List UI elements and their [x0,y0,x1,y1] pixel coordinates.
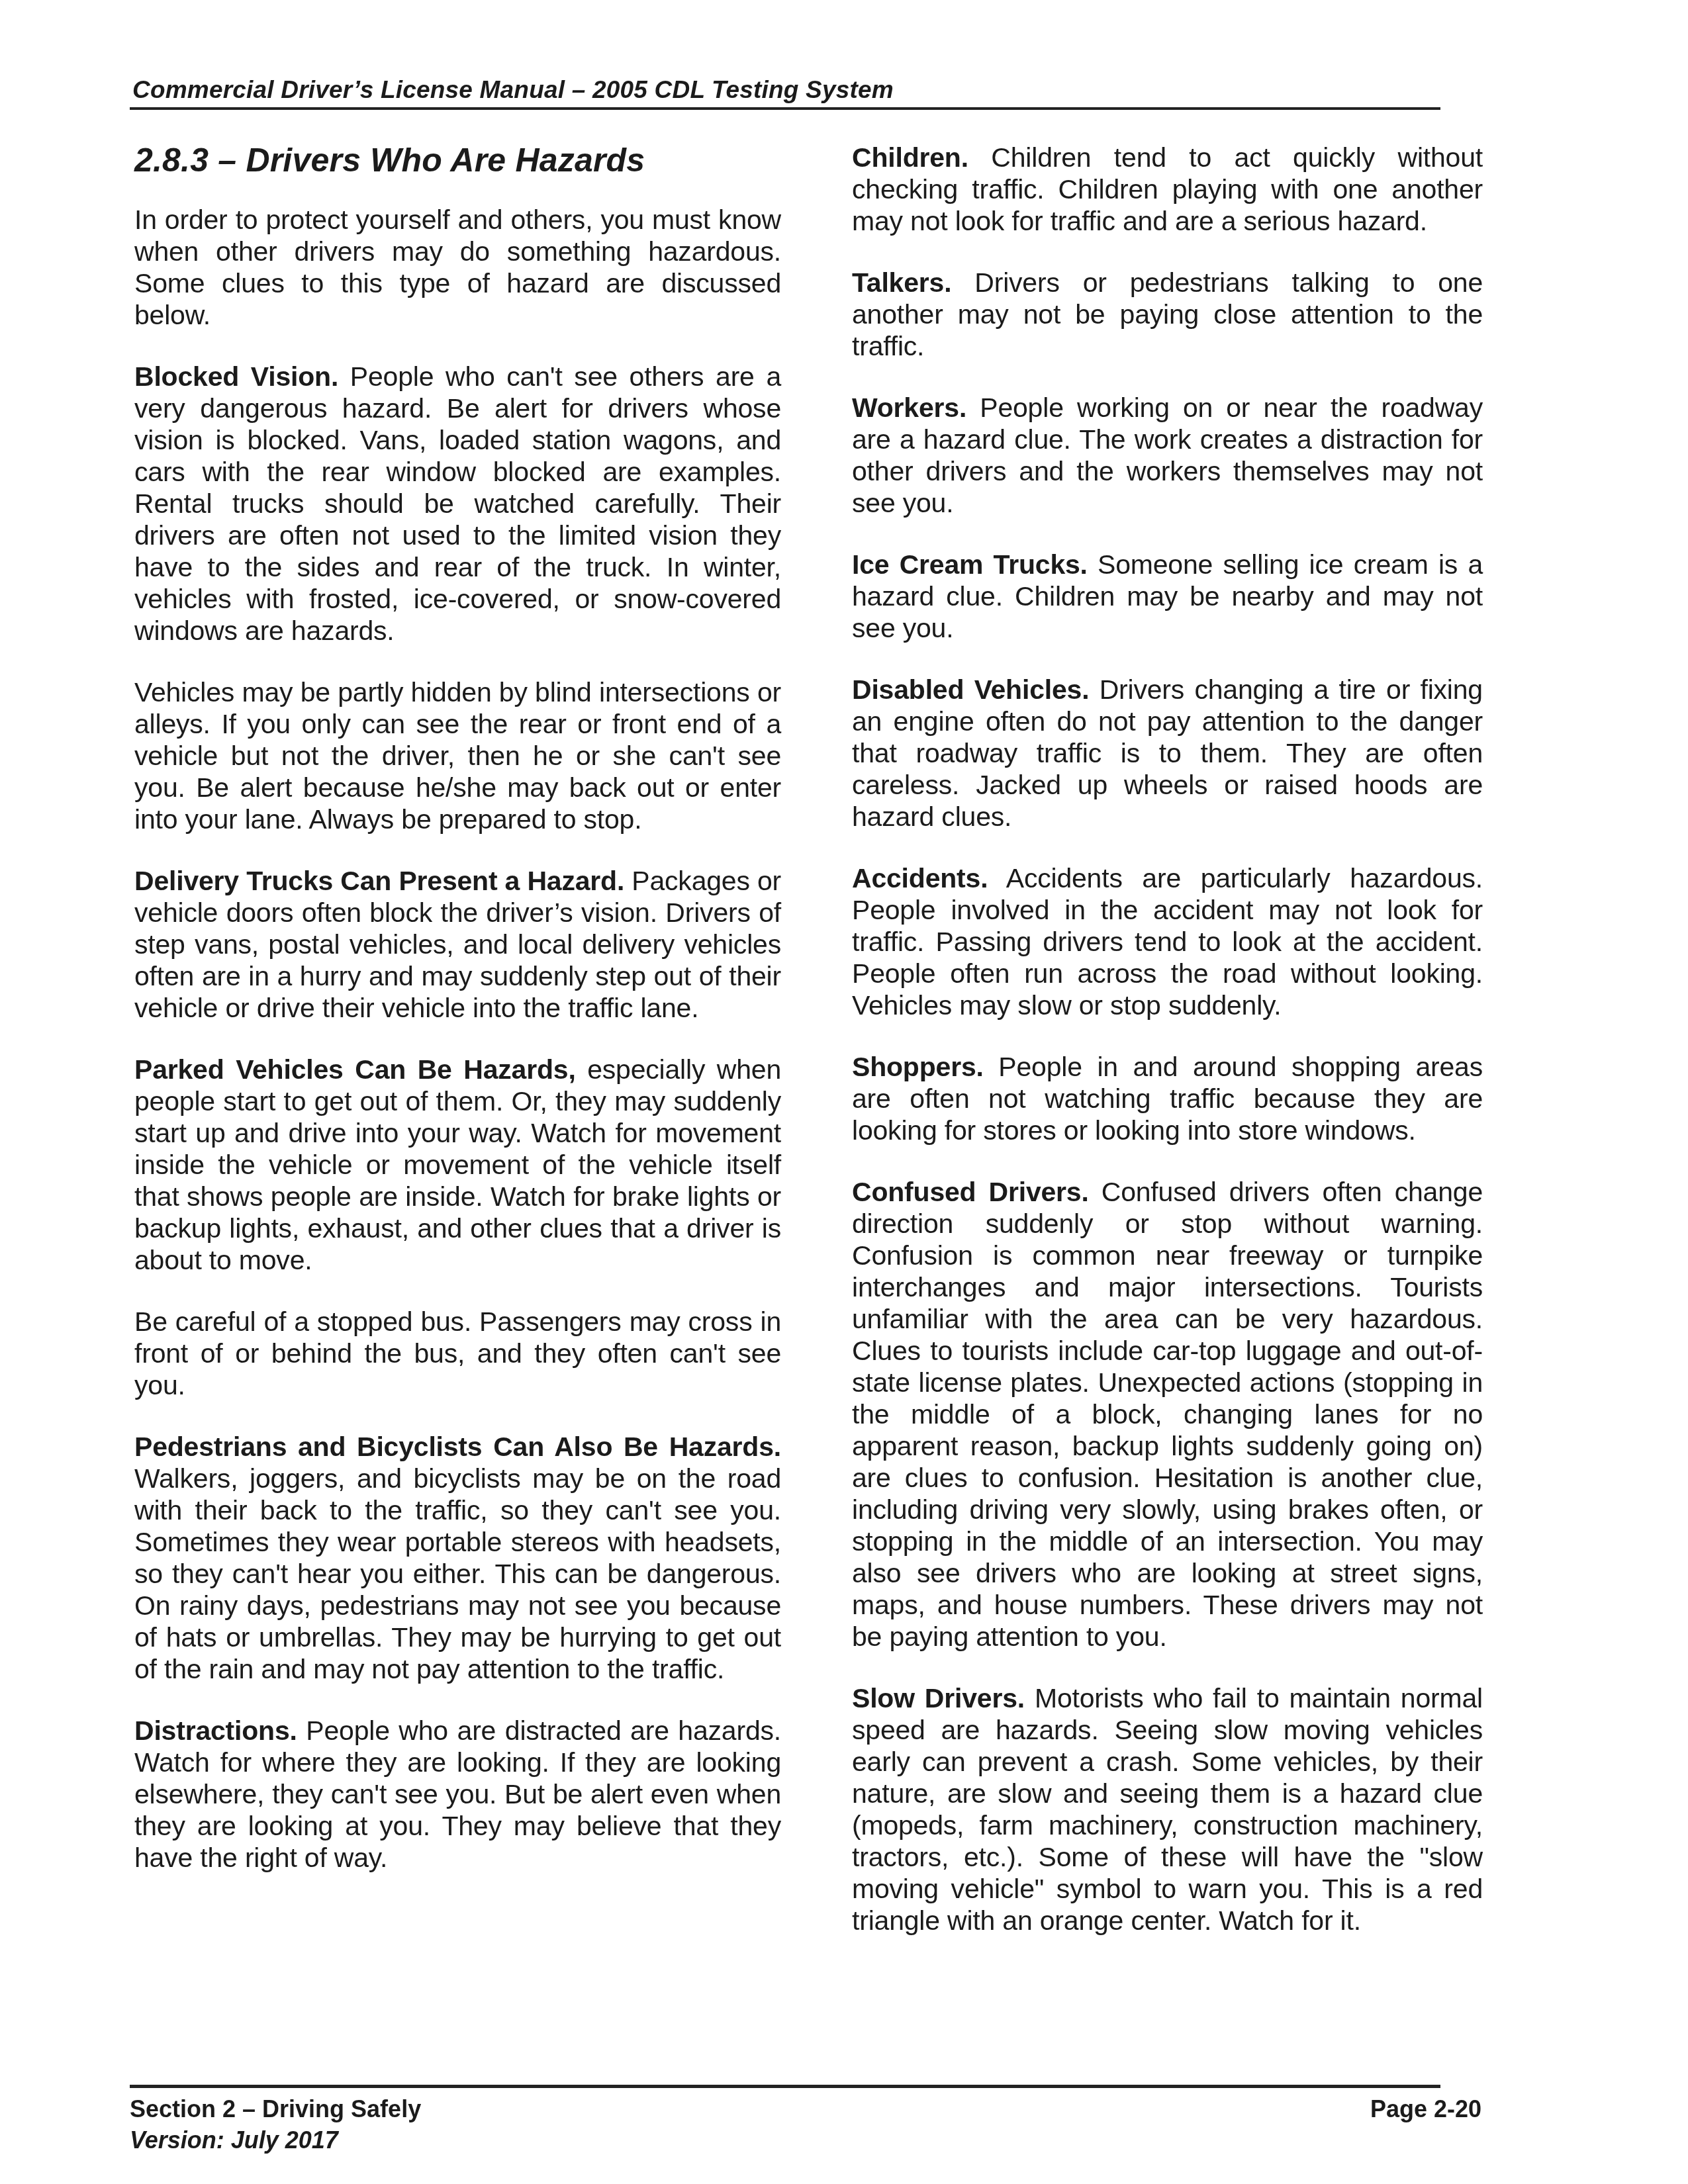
paragraph-lead: Parked Vehicles Can Be Hazards, [134,1054,576,1085]
paragraph-lead: Slow Drivers. [852,1683,1025,1713]
paragraph-lead: Disabled Vehicles. [852,674,1089,705]
paragraph: Ice Cream Trucks. Someone selling ice cr… [852,549,1483,644]
footer-section-label: Section 2 – Driving Safely [130,2093,421,2124]
paragraph: Workers. People working on or near the r… [852,392,1483,519]
page-header-title: Commercial Driver’s License Manual – 200… [132,77,894,103]
paragraph: Talkers. Drivers or pedestrians talking … [852,267,1483,362]
paragraph: Slow Drivers. Motorists who fail to main… [852,1682,1483,1936]
footer-divider [130,2085,1440,2088]
paragraph: Distractions. People who are distracted … [134,1715,781,1874]
left-column-paragraphs: In order to protect yourself and others,… [134,204,781,1874]
paragraph: Pedestrians and Bicyclists Can Also Be H… [134,1431,781,1685]
header-divider [130,107,1440,110]
paragraph-lead: Blocked Vision. [134,361,338,392]
paragraph: Blocked Vision. People who can't see oth… [134,361,781,647]
right-column-paragraphs: Children. Children tend to act quickly w… [852,142,1483,1936]
paragraph-text: Walkers, joggers, and bicyclists may be … [134,1463,781,1684]
paragraph-lead: Children. [852,142,968,173]
paragraph: Accidents. Accidents are particularly ha… [852,862,1483,1021]
paragraph: Confused Drivers. Confused drivers often… [852,1176,1483,1653]
footer-left: Section 2 – Driving Safely Version: July… [130,2093,421,2156]
right-column: Children. Children tend to act quickly w… [852,142,1483,1966]
footer-page-number: Page 2-20 [1370,2093,1481,2124]
paragraph-text: In order to protect yourself and others,… [134,205,781,330]
paragraph-text: People who can't see others are a very d… [134,361,781,646]
paragraph: Delivery Trucks Can Present a Hazard. Pa… [134,865,781,1024]
paragraph-lead: Ice Cream Trucks. [852,549,1088,580]
paragraph-lead: Distractions. [134,1715,297,1746]
document-page: Commercial Driver’s License Manual – 200… [0,0,1688,2184]
section-heading: 2.8.3 – Drivers Who Are Hazards [134,142,781,179]
paragraph-lead: Accidents. [852,863,988,893]
paragraph-lead: Delivery Trucks Can Present a Hazard. [134,866,624,896]
paragraph-lead: Shoppers. [852,1052,984,1082]
paragraph-lead: Pedestrians and Bicyclists Can Also Be H… [134,1432,781,1462]
paragraph-lead: Workers. [852,392,966,423]
paragraph-text: especially when people start to get out … [134,1054,781,1275]
paragraph: Shoppers. People in and around shopping … [852,1051,1483,1146]
paragraph-text: Vehicles may be partly hidden by blind i… [134,677,781,835]
paragraph-lead: Talkers. [852,267,951,298]
paragraph: In order to protect yourself and others,… [134,204,781,331]
paragraph-text: Confused drivers often change direction … [852,1177,1483,1652]
footer-version-label: Version: July 2017 [130,2124,421,2156]
left-column: 2.8.3 – Drivers Who Are Hazards In order… [134,142,781,1903]
paragraph-text: Motorists who fail to maintain normal sp… [852,1683,1483,1936]
paragraph: Parked Vehicles Can Be Hazards, especial… [134,1054,781,1276]
paragraph-lead: Confused Drivers. [852,1177,1089,1207]
paragraph: Disabled Vehicles. Drivers changing a ti… [852,674,1483,833]
paragraph: Be careful of a stopped bus. Passengers … [134,1306,781,1401]
paragraph: Vehicles may be partly hidden by blind i… [134,676,781,835]
paragraph-text: Be careful of a stopped bus. Passengers … [134,1306,781,1400]
paragraph: Children. Children tend to act quickly w… [852,142,1483,237]
